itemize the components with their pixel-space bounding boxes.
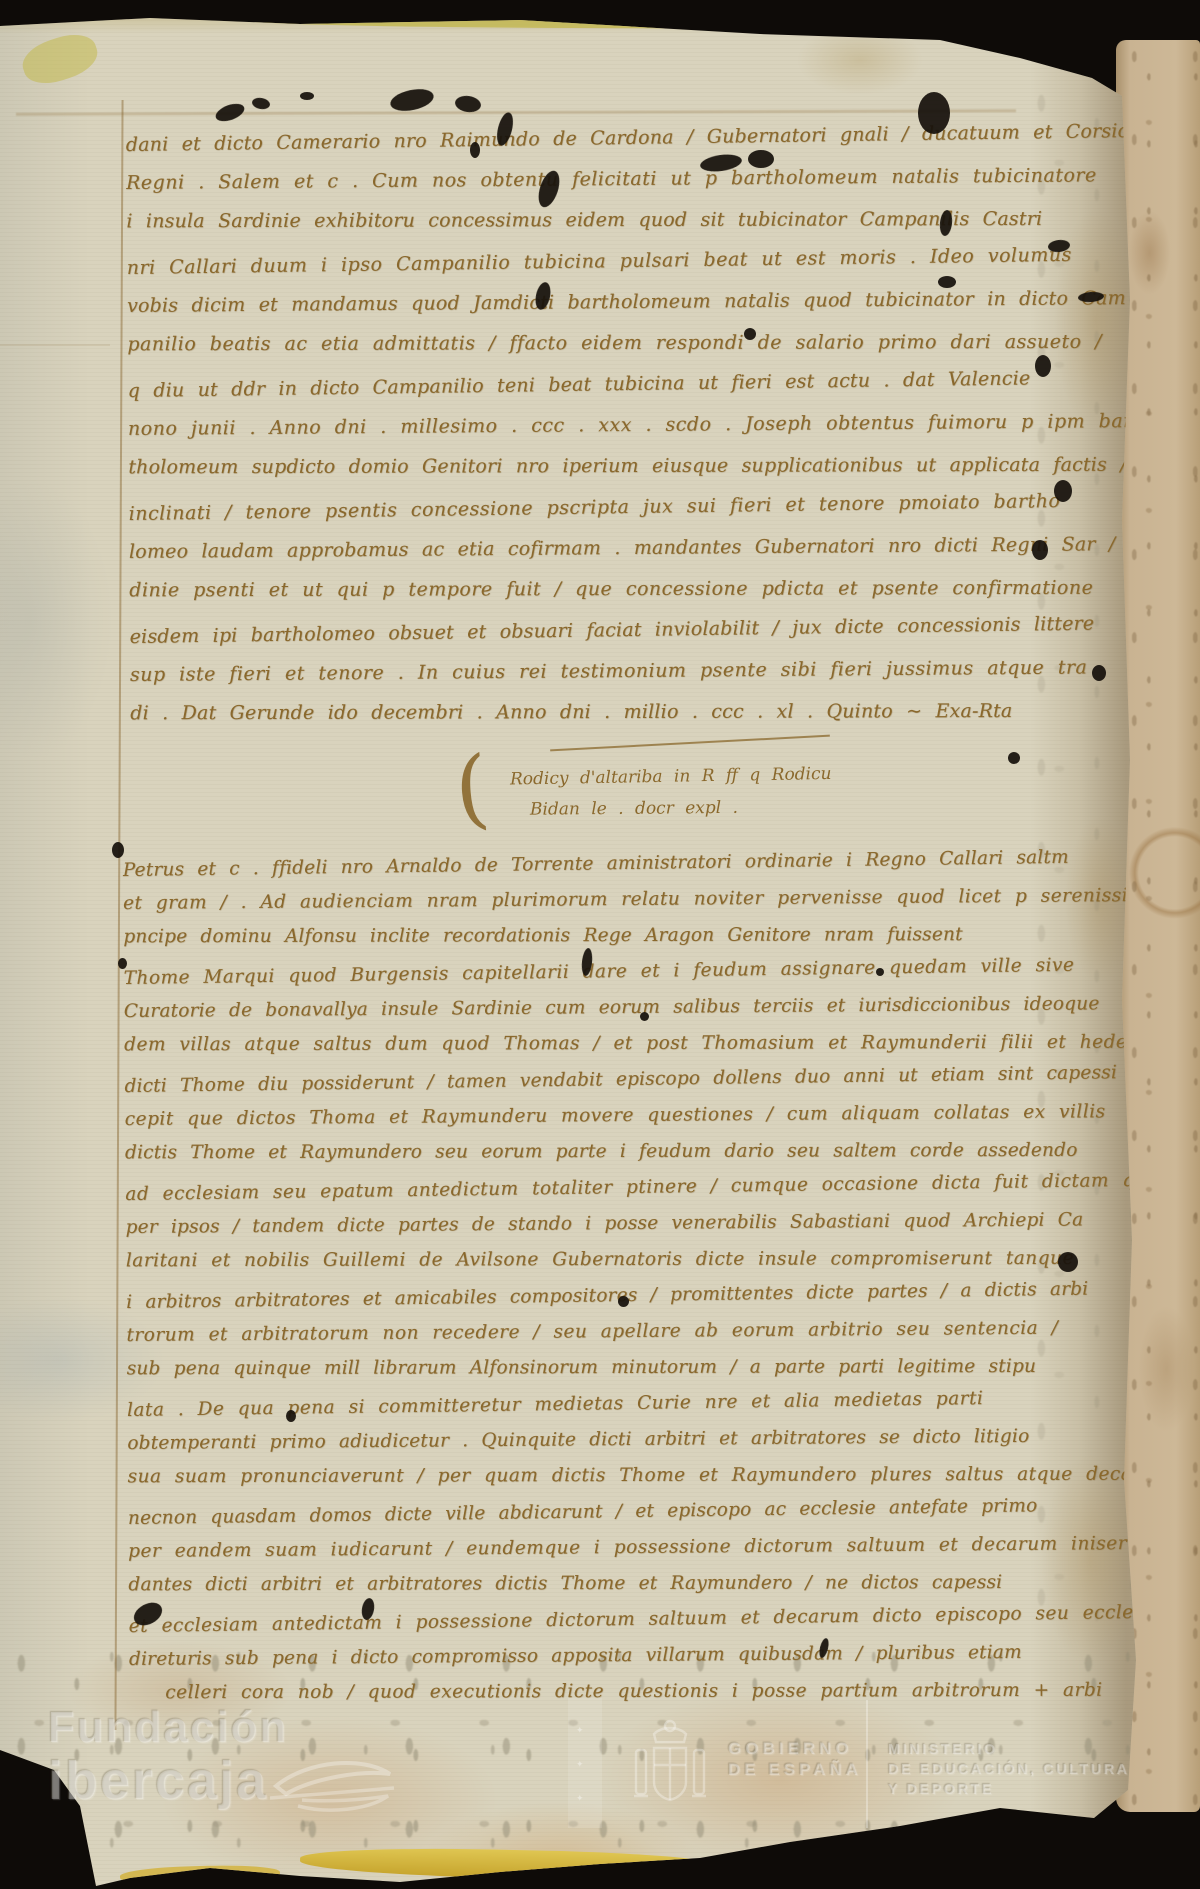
watermark-gobierno-espana: GOBIERNO DE ESPAÑA	[728, 1738, 862, 1780]
text-block-1: dani et dicto Camerario nro Raimundo de …	[126, 114, 1133, 737]
crease-line	[0, 344, 110, 346]
bracket-flourish: (	[451, 745, 492, 834]
ink-blot	[1035, 355, 1051, 377]
gobierno-line: DE ESPAÑA	[728, 1759, 862, 1780]
spain-coat-of-arms-icon	[624, 1718, 716, 1814]
ibercaja-swoosh-icon	[268, 1748, 398, 1818]
star-icon: ✦	[576, 1794, 584, 1804]
ink-blot	[1032, 540, 1048, 560]
watermark-ministerio: MINISTERIO DE EDUCACIÓN, CULTURA Y DEPOR…	[888, 1740, 1130, 1800]
ibercaja-wordmark: ibercaja	[48, 1754, 288, 1808]
ibercaja-fundacion-text: Fundación	[48, 1706, 288, 1750]
abbreviation-stroke	[550, 735, 830, 752]
ink-blot	[918, 92, 950, 134]
ink-blot	[286, 1410, 296, 1422]
ministerio-line: MINISTERIO	[888, 1740, 1130, 1760]
ink-blot	[1008, 752, 1020, 764]
ink-blot	[748, 150, 774, 168]
ministerio-line: DE EDUCACIÓN, CULTURA	[888, 1760, 1130, 1780]
ink-blot	[300, 92, 314, 100]
ink-blot	[118, 958, 127, 969]
ink-blot	[640, 1012, 649, 1021]
manuscript-page: dani et dicto Camerario nro Raimundo de …	[0, 0, 1140, 1889]
watermark-divider	[866, 1700, 868, 1828]
ink-blot	[1092, 665, 1106, 681]
watermark-band: ✦ ✦ ✦	[568, 1698, 602, 1828]
manuscript-scan: dani et dicto Camerario nro Raimundo de …	[0, 0, 1200, 1889]
ink-blot	[112, 842, 124, 858]
gobierno-line: GOBIERNO	[728, 1738, 862, 1759]
manuscript-text-line: di . Dat Gerunde ido decembri . Anno dni…	[130, 691, 1132, 735]
note-line: Bidan le . docr expl .	[530, 796, 915, 819]
ink-blot	[744, 328, 756, 340]
ink-blot	[470, 142, 480, 158]
star-icon: ✦	[576, 1760, 584, 1770]
ink-blot	[1058, 1252, 1078, 1272]
ink-blot	[1054, 480, 1072, 502]
ministerio-line: Y DEPORTE	[888, 1780, 1130, 1800]
notarial-note: ( Rodicy d'altariba in R ff q Rodicu Bid…	[455, 738, 915, 818]
text-block-2: Petrus et c . ffideli nro Arnaldo de Tor…	[123, 842, 1134, 1714]
ink-blot	[618, 1296, 629, 1307]
ink-blot	[876, 968, 884, 976]
star-icon: ✦	[576, 1726, 584, 1736]
note-line: Rodicy d'altariba in R ff q Rodicu	[510, 762, 915, 789]
ink-blot	[938, 276, 956, 288]
watermark-ibercaja: Fundación ibercaja	[48, 1706, 288, 1808]
